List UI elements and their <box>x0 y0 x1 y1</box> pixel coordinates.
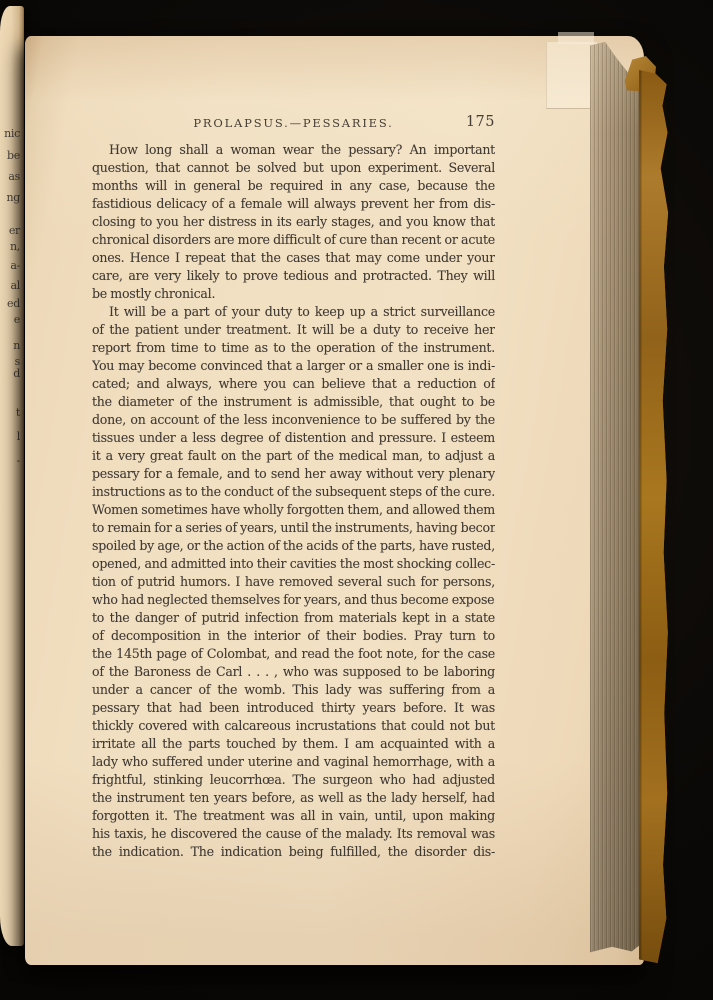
text-line: question, that cannot be solved but upon… <box>92 159 495 177</box>
page-fragment: n <box>13 340 20 352</box>
text-line: to the danger of putrid infection from m… <box>92 609 495 627</box>
text-line: instructions as to the conduct of the su… <box>92 483 495 501</box>
paragraph: It will be a part of your duty to keep u… <box>92 303 495 861</box>
text-line: forgotten it. The treatment was all in v… <box>92 807 495 825</box>
text-line: of the patient under treatment. It will … <box>92 321 495 339</box>
text-line: care, are very likely to prove tedious a… <box>92 267 495 285</box>
text-line: thickly covered with calcareous incrusta… <box>92 717 495 735</box>
paragraph: How long shall a woman wear the pessary?… <box>92 141 495 303</box>
text-line: be mostly chronical. <box>92 285 495 303</box>
text-line: the indication. The indication being ful… <box>92 843 495 861</box>
text-line: who had neglected themselves for years, … <box>92 591 495 609</box>
page-number: 175 <box>466 114 495 130</box>
page-fragment: be <box>7 150 20 162</box>
facing-page-edge: nicbeasngern,a-aledensdtl- <box>0 6 24 946</box>
page-fragment: ed <box>7 298 20 310</box>
page-fragment: ng <box>6 192 20 204</box>
text-line: it a very great fault on the part of the… <box>92 447 495 465</box>
text-line: the instrument ten years before, as well… <box>92 789 495 807</box>
text-line: chronical disorders are more difficult o… <box>92 231 495 249</box>
page-fragment: al <box>11 280 20 292</box>
text-line: tissues under a less degree of distentio… <box>92 429 495 447</box>
text-line: of decomposition in the interior of thei… <box>92 627 495 645</box>
text-line: fastidious delicacy of a female will alw… <box>92 195 495 213</box>
book-page: PROLAPSUS.—PESSARIES. 175 How long shall… <box>25 36 644 965</box>
text-line: You may become convinced that a larger o… <box>92 357 495 375</box>
text-line: closing to you her distress in its early… <box>92 213 495 231</box>
running-title: PROLAPSUS.—PESSARIES. <box>92 116 495 130</box>
text-line: report from time to time as to the opera… <box>92 339 495 357</box>
text-line: opened, and admitted into their cavities… <box>92 555 495 573</box>
page-fragment: t <box>16 407 20 419</box>
text-line: lady who suffered under uterine and vagi… <box>92 753 495 771</box>
text-line: pessary that had been introduced thirty … <box>92 699 495 717</box>
text-line: under a cancer of the womb. This lady wa… <box>92 681 495 699</box>
text-line: spoiled by age, or the action of the aci… <box>92 537 495 555</box>
page-text: How long shall a woman wear the pessary?… <box>92 141 495 861</box>
page-fragment: nic <box>4 128 20 140</box>
page-fragment: n, <box>10 241 20 253</box>
text-line: his taxis, he discovered the cause of th… <box>92 825 495 843</box>
text-line: How long shall a woman wear the pessary?… <box>92 141 495 159</box>
text-line: tion of putrid humors. I have removed se… <box>92 573 495 591</box>
text-line: to remain for a series of years, until t… <box>92 519 495 537</box>
text-line: months will in general be required in an… <box>92 177 495 195</box>
page-fragment: a- <box>10 260 20 272</box>
book-photo: nicbeasngern,a-aledensdtl- PROLAPSUS.—PE… <box>0 0 713 1000</box>
text-line: irritate all the parts touched by them. … <box>92 735 495 753</box>
cover-edge <box>639 70 669 963</box>
text-line: pessary for a female, and to send her aw… <box>92 465 495 483</box>
repair-patch <box>546 42 597 109</box>
text-line: It will be a part of your duty to keep u… <box>92 303 495 321</box>
repair-patch-top <box>558 32 594 44</box>
page-header: PROLAPSUS.—PESSARIES. 175 <box>92 116 495 136</box>
page-fragment: - <box>17 455 20 467</box>
page-fragment: er <box>9 225 20 237</box>
text-line: the 145th page of Colombat, and read the… <box>92 645 495 663</box>
page-fragment: e <box>14 314 20 326</box>
text-line: the diameter of the instrument is admiss… <box>92 393 495 411</box>
page-fragment: as <box>8 171 20 183</box>
page-fragment: l <box>17 431 20 443</box>
text-line: done, on account of the less inconvenien… <box>92 411 495 429</box>
text-line: frightful, stinking leucorrhœa. The surg… <box>92 771 495 789</box>
text-line: ones. Hence I repeat that the cases that… <box>92 249 495 267</box>
text-line: Women sometimes have wholly forgotten th… <box>92 501 495 519</box>
text-line: of the Baroness de Carl . . . , who was … <box>92 663 495 681</box>
page-fragment: d <box>13 368 20 380</box>
text-line: cated; and always, where you can believe… <box>92 375 495 393</box>
